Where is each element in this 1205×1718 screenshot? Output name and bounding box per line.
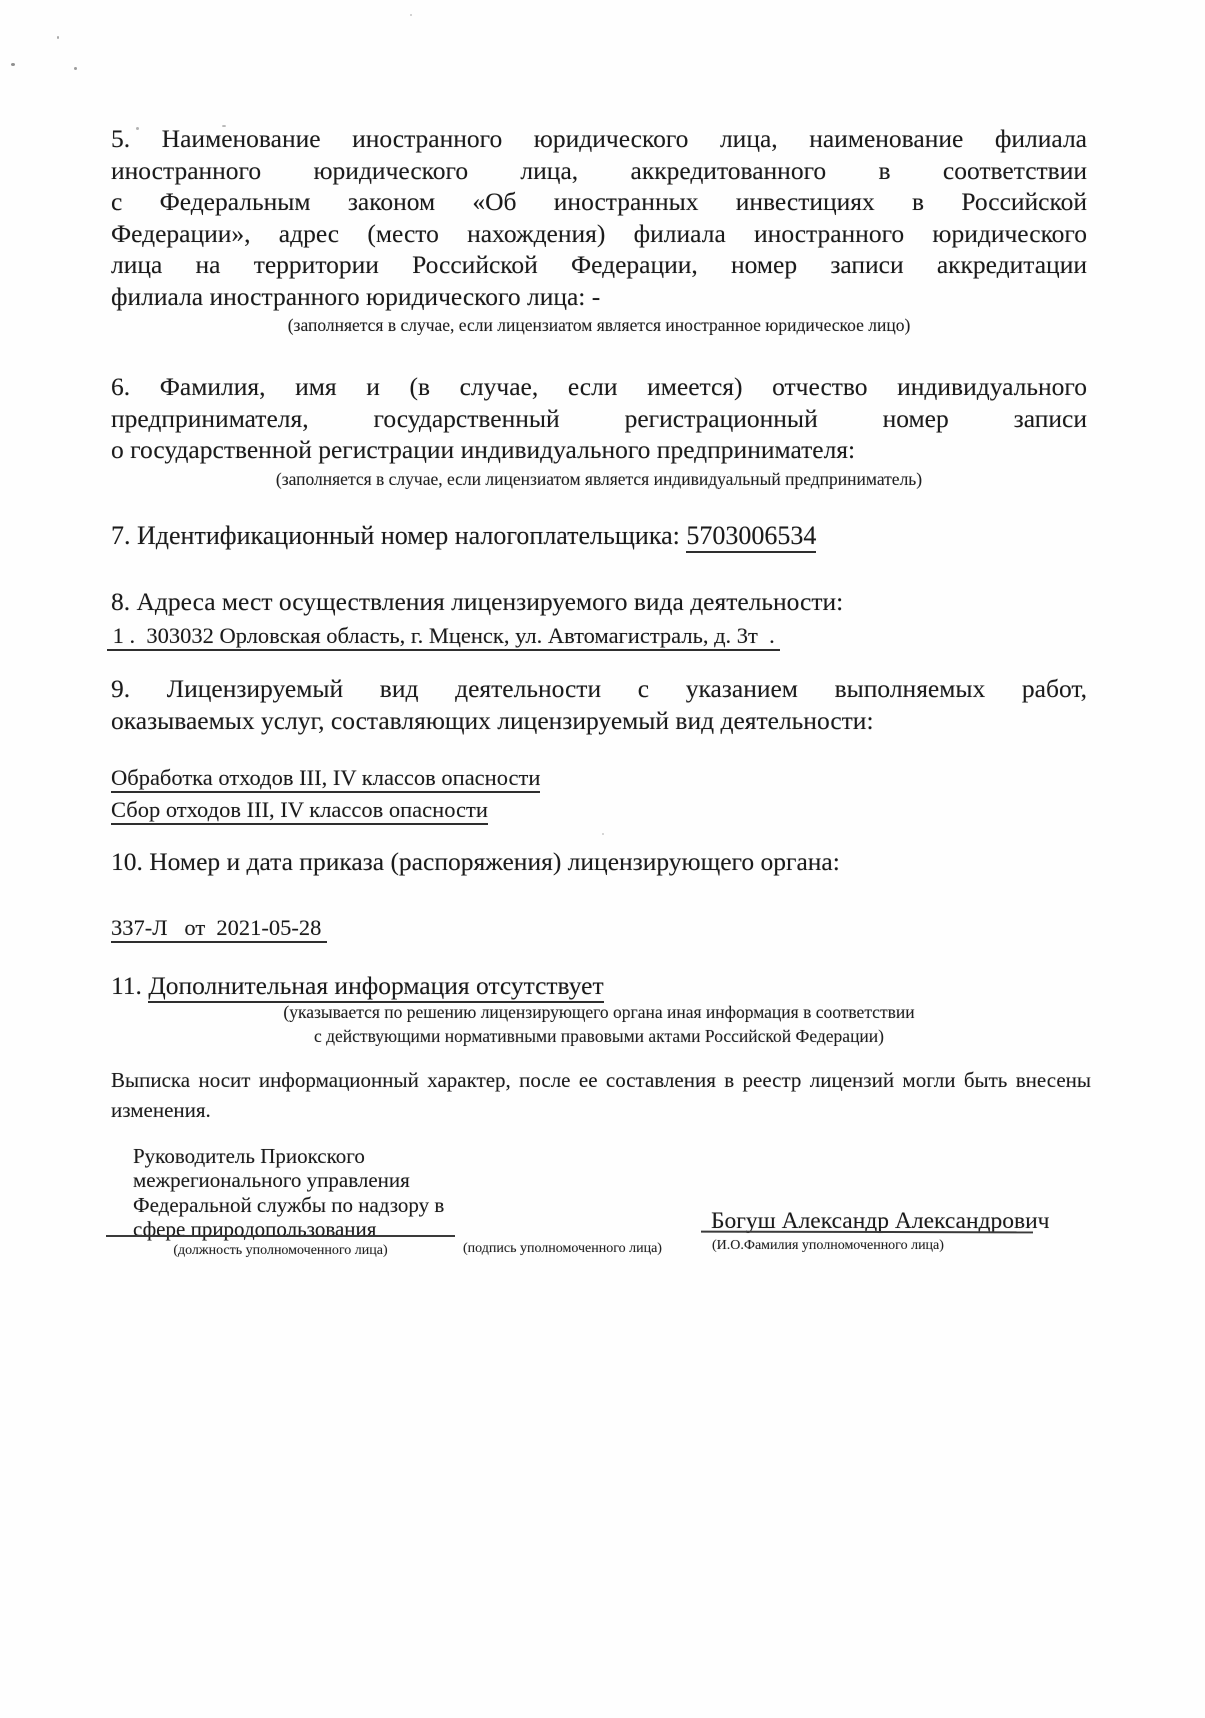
paragraph-line: иностранного юридического лица, аккредит… — [111, 155, 1087, 187]
paragraph-line: 9. Лицензируемый вид деятельности с указ… — [111, 673, 1087, 705]
position-line: межрегионального управления — [133, 1168, 463, 1192]
section-6-entrepreneur: 6. Фамилия, имя и (в случае, если имеетс… — [111, 371, 1087, 466]
paragraph-line: лица на территории Российской Федерации,… — [111, 249, 1087, 281]
section-10-order: 10. Номер и дата приказа (распоряжения) … — [111, 846, 1087, 878]
position-caption: (должность уполномоченного лица) — [106, 1242, 455, 1259]
paragraph-line: Федерации», адрес (место нахождения) фил… — [111, 218, 1087, 250]
paragraph-line: филиала иностранного юридического лица: … — [111, 281, 1087, 313]
position-signature-rule — [106, 1235, 455, 1237]
sign-caption: (подпись уполномоченного лица) — [463, 1240, 662, 1257]
section-11-number: 11. — [111, 971, 148, 1000]
document-page: 5. Наименование иностранного юридическог… — [0, 0, 1205, 1718]
disclaimer-paragraph: Выписка носит информационный характер, п… — [111, 1065, 1091, 1125]
activity-list: Обработка отходов III, IV классов опасно… — [111, 762, 1087, 826]
paragraph-line: предпринимателя, государственный регистр… — [111, 403, 1087, 435]
section-5-note: (заполняется в случае, если лицензиатом … — [111, 313, 1087, 337]
section-7-inn: 7. Идентификационный номер налогоплатель… — [111, 520, 1087, 552]
section-10-title: 10. Номер и дата приказа (распоряжения) … — [111, 846, 1087, 878]
order-number-line: 337-Л от 2021-05-28 — [111, 912, 327, 944]
activity-item: Сбор отходов III, IV классов опасности — [111, 794, 1087, 826]
scan-speck — [602, 833, 604, 835]
address-line: 1 . 303032 Орловская область, г. Мценск,… — [107, 620, 1087, 652]
position-line: сфере природопользования — [133, 1217, 463, 1241]
inn-label: 7. Идентификационный номер налогоплатель… — [111, 521, 686, 550]
note-line: (указывается по решению лицензирующего о… — [111, 1000, 1087, 1024]
section-9-activity: 9. Лицензируемый вид деятельности с указ… — [111, 673, 1087, 736]
activity-text: Обработка отходов III, IV классов опасно… — [111, 765, 540, 793]
paragraph-line: о государственной регистрации индивидуал… — [111, 434, 1087, 466]
position-line: Руководитель Приокского — [133, 1144, 463, 1168]
paragraph-line: изменения. — [111, 1095, 1091, 1125]
section-8-addresses: 8. Адреса мест осуществления лицензируем… — [111, 586, 1087, 652]
signer-position-block: Руководитель Приокского межрегионального… — [133, 1144, 463, 1242]
scan-speck — [57, 36, 59, 39]
scan-speck — [11, 63, 15, 66]
section-5-foreign-entity: 5. Наименование иностранного юридическог… — [111, 123, 1087, 312]
name-caption: (И.О.Фамилия уполномоченного лица) — [712, 1237, 944, 1254]
paragraph-line: 5. Наименование иностранного юридическог… — [111, 123, 1087, 155]
paragraph-line: с Федеральным законом «Об иностранных ин… — [111, 186, 1087, 218]
activity-text: Сбор отходов III, IV классов опасности — [111, 797, 488, 825]
additional-info-value: Дополнительная информация отсутствует — [148, 971, 603, 1003]
section-11-note: (указывается по решению лицензирующего о… — [111, 1000, 1087, 1048]
inn-value: 5703006534 — [686, 521, 816, 553]
paragraph-line: 6. Фамилия, имя и (в случае, если имеетс… — [111, 371, 1087, 403]
address-value: 1 . 303032 Орловская область, г. Мценск,… — [107, 623, 780, 651]
note-line: с действующими нормативными правовыми ак… — [111, 1024, 1087, 1048]
order-number-value: 337-Л от 2021-05-28 — [111, 915, 327, 943]
paragraph-line: Выписка носит информационный характер, п… — [111, 1065, 1091, 1095]
paragraph-line: оказываемых услуг, составляющих лицензир… — [111, 705, 1087, 737]
section-6-note: (заполняется в случае, если лицензиатом … — [111, 467, 1087, 491]
activity-item: Обработка отходов III, IV классов опасно… — [111, 762, 1087, 794]
scan-speck — [410, 14, 412, 16]
section-11-additional-info: 11. Дополнительная информация отсутствуе… — [111, 970, 1087, 1002]
section-8-title: 8. Адреса мест осуществления лицензируем… — [111, 586, 1087, 618]
scan-speck — [74, 67, 77, 70]
position-line: Федеральной службы по надзору в — [133, 1193, 463, 1217]
